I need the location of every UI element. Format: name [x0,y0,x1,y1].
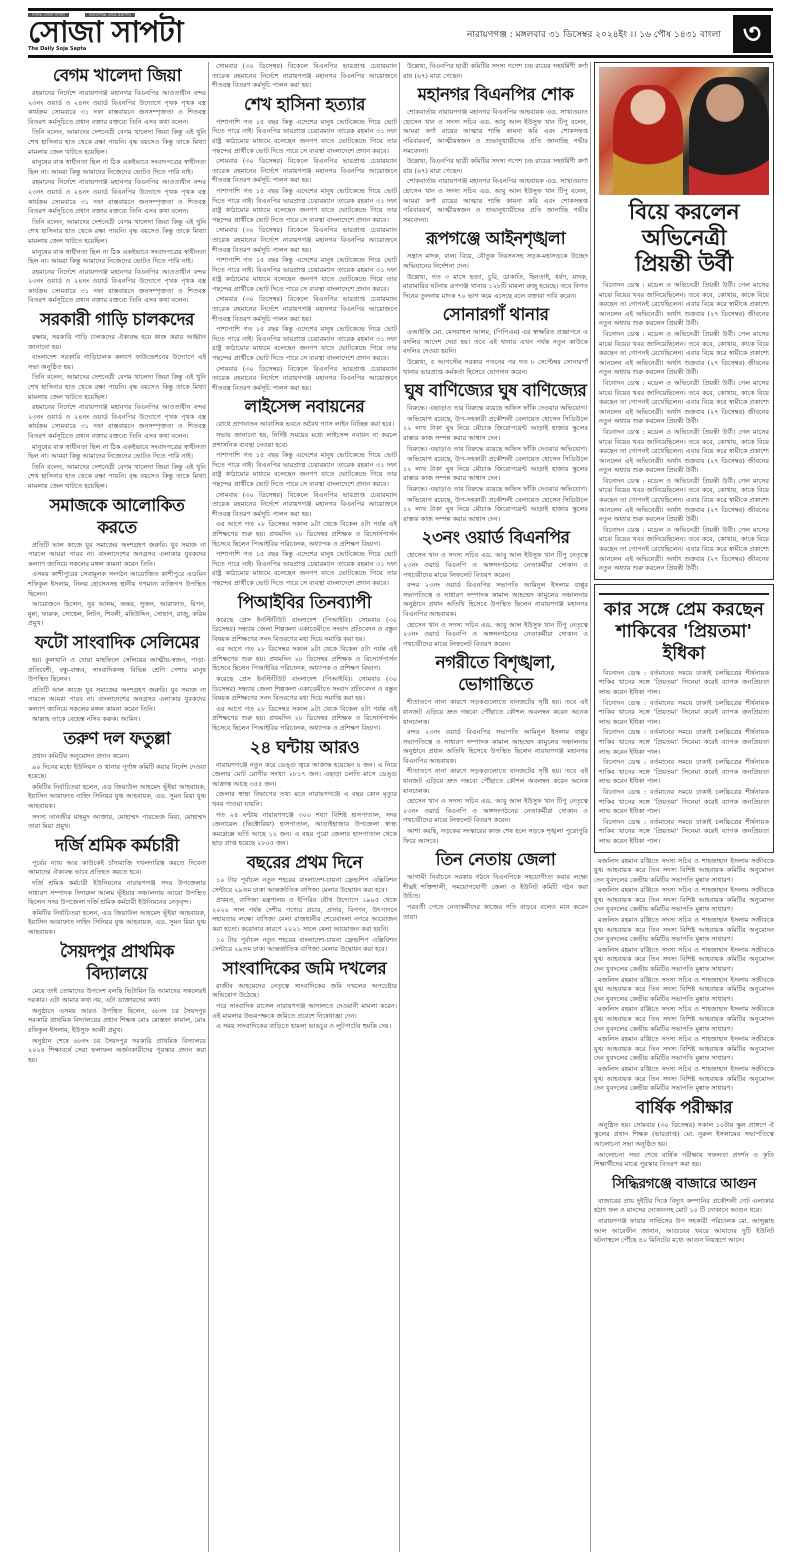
article-paragraph: আগামী নির্বাচনে সরকার গঠনে বিএনপিকে সহযো… [403,873,588,902]
article-paragraph: মজলিস রহমান রঞ্জিতে সদস্য সচিব ও শাহজাহা… [594,1035,774,1064]
article-paragraph: এ সময় সাংবাদিকের বাড়িতে হামলা ভাঙচুর ও… [212,1022,397,1032]
article-paragraph: সোমবার (৩০ ডিসেম্বর) বিকেলে বিএনপির ভারপ… [212,365,397,394]
article: সাংবাদিকের জমি দখলের রাজীব আহমেদের নেতৃত… [212,958,397,1032]
article-headline: ফটো সাংবাদিক সেলিমের [28,632,206,654]
article-paragraph: উল্লেখ্য, ৫ আগস্টের সরকার পতনের পর গত ৮ … [403,358,588,377]
logo-bangla: সোজা সাপটা [28,18,183,48]
article-headline: সিদ্ধিরগঞ্জে বাজারে আগুন [594,1173,774,1195]
article-paragraph: জেলার স্বাস্থ্য বিভাগের তথ্য মতে নারায়ণ… [212,790,397,809]
article: বার্ষিক পরীক্ষার অনুষ্ঠিত হয়। সোমবার (৩… [594,1097,774,1170]
article: মহানগর বিএনপির শোক শোকবার্তায় নারায়ণগঞ… [403,84,588,225]
article-paragraph: রহমানের নির্দেশে নারায়ণগঞ্জ মহানগর বিএন… [28,178,206,216]
article-paragraph: সোমবার (৩০ ডিসেম্বর) বিকেলে বিএনপির ভারপ… [212,62,397,91]
article-headline: বেগম খালেদা জিয়া [28,65,206,87]
article-paragraph: রহমানের নির্দেশে নারায়ণগঞ্জ মহানগর বিএন… [28,268,206,306]
article-paragraph: আল্লাহ তাকে বেহেস্ত নসিব করুক। আমিন। [28,715,206,725]
article-paragraph: অনুষ্ঠানে এসময় আরও উপস্থিত ছিলেন, ৬৮নং … [28,1007,206,1036]
column-divider [399,62,400,1552]
article-paragraph: রাজীব আহমেদের নেতৃত্বে সাংবাদিকের জমি দখ… [212,982,397,1001]
article-paragraph: এআইজি মো. মেসবাহুল আলম, (পিপিএম) এর স্বা… [403,328,588,357]
article-paragraph: নারায়ণগঞ্জে নতুন করে ডেঙ্গু জ্বরে আক্রা… [212,761,397,790]
article-paragraph: মেয়ে তাই তোমাদের উপদেশ বলছি ভিটামিন ডি … [28,987,206,1006]
article-paragraph: মানুষের বাক স্বাধীনতা ছিল না ঠিক একইভাবে… [28,443,206,462]
article: বেগম খালেদা জিয়া রহমানের নির্দেশে নারায… [28,65,206,306]
article-paragraph: বিনোদন ডেস্ক : মডেল ও অভিনেত্রী প্রিয়ন্… [599,330,769,378]
column-4: বিয়ে করলেন অভিনেত্রী প্রিয়ন্তী উর্বী ব… [594,62,774,1552]
article-headline: সাংবাদিকের জমি দখলের [212,958,397,980]
newspaper-logo: দৈনিক সোজা সাপটা নারায়ণগঞ্জ থেকে প্রকাশ… [28,13,183,52]
feature-headline-line2: প্রিয়ন্তী উর্বী [599,251,769,277]
article: রূপগঞ্জে আইনশৃঙ্খলা সন্ত্রাস মাদক, বাল্য… [403,228,588,301]
article-paragraph: তিনি বলেন, আমাদের দেশনেত্রী বেগম খালেদা … [28,128,206,157]
article: শেখ হাসিনা হত্যার পাশাপাশি গত ১৫ বছর কিন… [212,94,397,394]
feature-headline-line1: বিয়ে করলেন অভিনেত্রী [599,199,769,251]
article-paragraph: এর আগে গত ২৮ ডিসেম্বর সকাল ৯টা থেকে বিকে… [212,645,397,674]
article: সোনারগাঁ থানার এআইজি মো. মেসবাহুল আলম, (… [403,304,588,377]
article-paragraph: বিনোদন ডেস্ক : বর্তমানের সময়ে ঢাকাই চলচ… [599,788,769,817]
article-paragraph: রোধে প্রাণঘাতন আবাসিক ভবনে অবৈধ গ্যাস লা… [212,420,397,430]
article-paragraph: অনুষ্ঠিত হয়। সোমবার (৩০ ডিসেম্বর) সকাল … [594,1121,774,1150]
article: নগরীতে বিশৃঙ্খলা, ভোগান্তিতে শীতাতপে নান… [403,652,588,846]
article-headline: তিন নেতায় জেলা [403,849,588,871]
article-paragraph: মজলিস রহমান রঞ্জিতে সদস্য সচিব ও শাহজাহা… [594,1065,774,1094]
article-paragraph: বিরুদ্ধে। এছাড়াও তার বিরুদ্ধে রয়েছে অফ… [403,485,588,495]
article-paragraph: তিনি বলেন, আমাদের দেশনেত্রী বেগম খালেদা … [28,218,206,247]
groom-figure [689,77,769,195]
article-paragraph: উল্লেখ্য, বিএনপির ছাত্রী কমিটির সদস্য গণ… [403,62,588,81]
bride-figure [613,85,683,195]
article-headline: মহানগর বিএনপির শোক [403,84,588,106]
article-paragraph: ১০ টার পূর্বাচল নতুন শহরের বাংলাদেশ-চায়… [212,876,397,895]
article-paragraph: উল্লেখ্য, বিএনপির ছাত্রী কমিটির সদস্য গণ… [403,157,588,176]
article-paragraph: হোসেন খান ও সদস্য সচিব এড. আবু আল ইউসুফ … [403,551,588,580]
article-paragraph: মানুষের বাক স্বাধীনতা ছিল না ঠিক একইভাবে… [28,158,206,177]
article-paragraph: পাশাপাশি গত ১৫ বছর কিন্তু এদেশের মানুষ ভ… [212,118,397,156]
article-paragraph: সন্ত্রাস মাদক, বাল্য বিয়ে, যৌতুক নিরসনস… [403,252,588,271]
article-headline: লাইসেন্স নবায়নের [212,396,397,418]
column-divider [590,62,591,1552]
article-headline: ২৪ ঘন্টায় আরও [212,737,397,759]
article-paragraph: কমিটির নির্বাচিতরা হলেন, এড জিয়াউল আহমে… [28,783,206,812]
article-paragraph: অভিযোগ রয়েছে, উপ-সহকারী প্রকৌশলী বেলায়… [403,455,588,484]
article-paragraph: বিনোদন ডেস্ক : বর্তমানের সময়ে ঢাকাই চলচ… [599,699,769,728]
article-paragraph: মজলিস রহমান রঞ্জিতে সদস্য সচিব ও শাহজাহা… [594,886,774,915]
article-paragraph: মজলিস রহমান রঞ্জিতে সদস্য সচিব ও শাহজাহা… [594,976,774,1005]
article-paragraph: শোকবার্তায় নারায়ণগঞ্জ মহানগর বিএনপির আ… [403,177,588,225]
page-number: ৩ [733,15,771,53]
article-paragraph: বিনোদন ডেস্ক : মডেল ও অভিনেত্রী প্রিয়ন্… [599,428,769,476]
article-paragraph: সোমবার (৩০ ডিসেম্বর) বিকেলে বিএনপির ভারপ… [212,295,397,324]
article-paragraph: অভিযোগ রয়েছে, উপ-সহকারী প্রকৌশলী বেলায়… [403,415,588,444]
article-headline: শেখ হাসিনা হত্যার [212,94,397,116]
article-paragraph: মজলিস রহমান রঞ্জিতে সদস্য সচিব ও শাহজাহা… [594,857,774,886]
article-paragraph: শীতাতপে নানা কারণে সড়কগুলোতে যানজটের সৃ… [403,767,588,796]
article-paragraph: পরে সাংবাদিক রাসেল নারায়ণগঞ্জ আদালতে দে… [212,1002,397,1021]
article-paragraph: পাশাপাশি গত ১৫ বছর কিন্তু এদেশের মানুষ ভ… [212,451,397,489]
article-paragraph: সভায় জানানো হয়, নির্দিষ্ট সময়ের মধ্যে… [212,431,397,450]
article-paragraph: হয়। কুলখানি ও দোয়া মাহফিলে সেলিমের আত্… [28,656,206,685]
article-headline: সরকারী গাড়ি চালকদের [28,309,206,331]
masthead: দৈনিক সোজা সাপটা নারায়ণগঞ্জ থেকে প্রকাশ… [28,8,773,58]
article-paragraph: প্রধান কমিটির অনুমোদন প্রদান করেন। [28,752,206,762]
article-paragraph: বন্দর ২৩নং ওয়ার্ড বিএনপির সভাপতি আমিনুল… [403,728,588,766]
article-paragraph: শীতাতপে নানা কারণে সড়কগুলোতে যানজটের সৃ… [403,698,588,727]
wedding-photo [599,67,769,195]
feature-headline: বিয়ে করলেন অভিনেত্রী প্রিয়ন্তী উর্বী [599,199,769,277]
article-headline: কার সঙ্গে প্রেম করছেন শাকিবের 'প্রিয়তমা… [599,593,769,665]
article-paragraph: বিরুদ্ধে। এছাড়াও তার বিরুদ্ধে রয়েছে অফ… [403,404,588,414]
article-paragraph: ৯০ দিনের মধ্যে ইউনিয়ন ও থানার পূর্ণাঙ্গ… [28,763,206,782]
article-paragraph: আশা করছি, সড়কের সংস্কারের কাজ শেষ হলে স… [403,827,588,846]
article-paragraph: আলোচনা সভা শেষে বার্ষিক পরীক্ষায় সফলতা … [594,1151,774,1170]
article-paragraph: পাশাপাশি গত ১৫ বছর কিন্তু এদেশের মানুষ ভ… [212,187,397,225]
article-paragraph: এর আগে গত ২৮ ডিসেম্বর সকাল ৯টা থেকে বিকে… [212,705,397,734]
column-2: সোমবার (৩০ ডিসেম্বর) বিকেলে বিএনপির ভারপ… [212,62,397,1552]
article: পিআইবির তিনব্যাপী করেছে প্রেস ইনস্টিটিউট… [212,592,397,734]
article-paragraph: সোমবার (৩০ ডিসেম্বর) বিকেলে বিএনপির ভারপ… [212,226,397,255]
dateline: নারায়ণগঞ্জ : মঙ্গলবার ৩১ ডিসেম্বর ২০২৪ই… [467,27,721,42]
article: তিন নেতায় জেলা আগামী নির্বাচনে সরকার গঠ… [403,849,588,922]
article-paragraph: প্রতিটি ভাল কাজে যুব সমাজের অংশগ্রহণ জরু… [28,686,206,715]
article-paragraph: বাজারের প্রায় দুইটির দিকে বিদ্যুৎ কম্পা… [594,1197,774,1216]
article-paragraph: আয়োজনে ছিলেন, নুর আলম, অন্তর, সুজন, আরা… [28,600,206,629]
article-paragraph: করেছে প্রেস ইনস্টিটিউট বাংলাদেশ (পিআইবি)… [212,616,397,645]
article: ফটো সাংবাদিক সেলিমের হয়। কুলখানি ও দোয়… [28,632,206,725]
article-paragraph: পূর্বের ন্যায় আর কাউকেই চাঁদাবাজি দখলদা… [28,859,206,878]
article-paragraph: গত ২৪ ঘন্টায় নারায়ণগঞ্জে ৩০০ শয্যা বিশ… [212,811,397,849]
article-paragraph: বিনোদন ডেস্ক : মডেল ও অভিনেত্রী প্রিয়ন্… [599,379,769,427]
article: সরকারী গাড়ি চালকদের রক্ষায়, সরকারি গাড… [28,309,206,492]
article-paragraph: প্রতিটি ভাল কাজে যুব সমাজের অংশগ্রহণ জরু… [28,541,206,570]
article-paragraph: বিনোদন ডেস্ক : মডেল ও অভিনেত্রী প্রিয়ন্… [599,281,769,329]
article-paragraph: মজলিস রহমান রঞ্জিতে সদস্য সচিব ও শাহজাহা… [594,946,774,975]
article-paragraph: উল্লেখ্য, গত ৩ মাসে হত্যা, চুরি, ডাকাতি,… [403,273,588,302]
article-paragraph: অনুষ্ঠান শেষে ৬৮নং চর সৈয়দপুর সরকারি প্… [28,1037,206,1066]
article-paragraph: কমিটির নির্বাচিতরা হলেন, এড জিয়াউল আহমে… [28,909,206,938]
article-paragraph: মানুষের বাক স্বাধীনতা ছিল না ঠিক একইভাবে… [28,248,206,267]
article-headline: ২৩নং ওয়ার্ড বিএনপির [403,527,588,549]
article-headline: সমাজকে আলোকিত করতে [28,495,206,539]
column-1: বেগম খালেদা জিয়া রহমানের নির্দেশে নারায… [28,62,206,1552]
article-paragraph: রহমানের নির্দেশে নারায়ণগঞ্জ মহানগর বিএন… [28,89,206,127]
article-paragraph: বাংলাদেশ সরকারি গাড়িচালক কল্যাণ ফাউন্ডে… [28,353,206,372]
article-paragraph: সদস্য তানজীর মাহমুদ আক্তার, মোহাম্মদ পার… [28,813,206,832]
article-paragraph: বিনোদন ডেস্ক : বর্তমানের সময়ে ঢাকাই চলচ… [599,669,769,698]
article-headline: তরুণ দল ফতুল্লা [28,728,206,750]
article-paragraph: পাশাপাশি গত ১৫ বছর কিন্তু এদেশের মানুষ ভ… [212,325,397,363]
article: সমাজকে আলোকিত করতে প্রতিটি ভাল কাজে যুব … [28,495,206,629]
article-paragraph: পরবর্তী পেতে নেতাকর্মীদের কাজের গতি বাড়… [403,903,588,922]
article: সৈয়দপুর প্রাথমিক বিদ্যালয়ে মেয়ে তাই ত… [28,941,206,1066]
article-paragraph: রক্ষায়, সরকারি গাড়ি চালকদের ঐক্যবদ্ধ হ… [28,333,206,352]
article: কার সঙ্গে প্রেম করছেন শাকিবের 'প্রিয়তমা… [594,584,774,853]
article-paragraph: রহমানের নির্দেশে নারায়ণগঞ্জ মহানগর বিএন… [28,403,206,441]
article-paragraph: বিরুদ্ধে। এছাড়াও তার বিরুদ্ধে রয়েছে অফ… [403,445,588,455]
article-headline: সৈয়দপুর প্রাথমিক বিদ্যালয়ে [28,941,206,985]
article: দর্জি শ্রমিক কর্মচারী পূর্বের ন্যায় আর … [28,835,206,938]
article-headline: পিআইবির তিনব্যাপী [212,592,397,614]
feature-box: বিয়ে করলেন অভিনেত্রী প্রিয়ন্তী উর্বী ব… [594,62,774,580]
article-paragraph: প্রথমত, বাণিজ্য মন্ত্রণালয় ও ইপিবির যৌথ… [212,896,397,934]
article-paragraph: বিনোদন ডেস্ক : মডেল ও অভিনেত্রী প্রিয়ন্… [599,477,769,525]
article-paragraph: বিনোদন ডেস্ক : মডেল ও অভিনেত্রী প্রিয়ন্… [599,526,769,574]
article-paragraph: নারায়ণগঞ্জ ফায়ার সার্ভিসের উপ সহকারী প… [594,1217,774,1246]
article-paragraph: সোমবার (৩০ ডিসেম্বর) বিকেলে বিএনপির ভারপ… [212,491,397,520]
article-paragraph: বন্দর ২৩নং ওয়ার্ড বিএনপির সভাপতি আমিনুল… [403,581,588,619]
article: ২৩নং ওয়ার্ড বিএনপির হোসেন খান ও সদস্য স… [403,527,588,649]
article-headline: দর্জি শ্রমিক কর্মচারী [28,835,206,857]
article-paragraph: বিনোদন ডেস্ক : বর্তমানের সময়ে ঢাকাই চলচ… [599,818,769,847]
article-paragraph: এর আগে গত ২৮ ডিসেম্বর সকাল ৯টা থেকে বিকে… [212,520,397,549]
article-headline: সোনারগাঁ থানার [403,304,588,326]
article-paragraph: বিনোদন ডেস্ক : বর্তমানের সময়ে ঢাকাই চলচ… [599,728,769,757]
article-paragraph: দর্জি শ্রমিক কর্মচারী ইউনিয়নের নারায়ণগ… [28,879,206,908]
article: ঘুষ বাণিজ্যের ঘুষ বাণিজ্যের বিরুদ্ধে। এছ… [403,380,588,524]
article-paragraph: মজলিস রহমান রঞ্জিতে সদস্য সচিব ও শাহজাহা… [594,1005,774,1034]
article-paragraph: মজলিস রহমান রঞ্জিতে সদস্য সচিব ও শাহজাহা… [594,916,774,945]
article-paragraph: শোকবার্তায় নারায়ণগঞ্জ মহানগর বিএনপির আ… [403,108,588,156]
article: লাইসেন্স নবায়নের রোধে প্রাণঘাতন আবাসিক … [212,396,397,588]
article-paragraph: বিনোদন ডেস্ক : বর্তমানের সময়ে ঢাকাই চলচ… [599,758,769,787]
article: ২৪ ঘন্টায় আরও নারায়ণগঞ্জে নতুন করে ডেঙ… [212,737,397,849]
article-paragraph: পাশাপাশি গত ১৫ বছর কিন্তু এদেশের মানুষ ভ… [212,256,397,294]
article-headline: নগরীতে বিশৃঙ্খলা, ভোগান্তিতে [403,652,588,696]
article: সিদ্ধিরগঞ্জে বাজারে আগুন বাজারের প্রায় … [594,1173,774,1246]
column-3: উল্লেখ্য, বিএনপির ছাত্রী কমিটির সদস্য গণ… [403,62,588,1552]
column-divider [208,62,209,1552]
article-headline: ঘুষ বাণিজ্যের ঘুষ বাণিজ্যের [403,380,588,402]
article: তরুণ দল ফতুল্লা প্রধান কমিটির অনুমোদন প্… [28,728,206,832]
article-paragraph: তিনি বলেন, আমাদের দেশনেত্রী বেগম খালেদা … [28,373,206,402]
article-paragraph: তিনি বলেন, আমাদের দেশনেত্রী বেগম খালেদা … [28,463,206,492]
article-headline: বার্ষিক পরীক্ষার [594,1097,774,1119]
article-paragraph: করেছে প্রেস ইনস্টিটিউট বাংলাদেশ (পিআইবি)… [212,675,397,704]
article-paragraph: অভিযোগ রয়েছে, উপ-সহকারী প্রকৌশলী বেলায়… [403,496,588,525]
article: বছরের প্রথম দিনে ১০ টার পূর্বাচল নতুন শহ… [212,852,397,955]
article-paragraph: পাশাপাশি গত ১৫ বছর কিন্তু এদেশের মানুষ ভ… [212,550,397,588]
article-paragraph: সোমবার (৩০ ডিসেম্বর) বিকেলে বিএনপির ভারপ… [212,157,397,186]
article-paragraph: হোসেন খান ও সদস্য সচিব এড. আবু আল ইউসুফ … [403,621,588,650]
article-paragraph: এসময় কাশীপুরের সেবামূলক সংগঠন আয়োজিত ক… [28,570,206,599]
article-paragraph: ১০ টার পূর্বাচল নতুন শহরের বাংলাদেশ-চায়… [212,936,397,955]
article-paragraph: হোসেন খান ও সদস্য সচিব এড. আবু আল ইউসুফ … [403,797,588,826]
article-headline: রূপগঞ্জে আইনশৃঙ্খলা [403,228,588,250]
article-headline: বছরের প্রথম দিনে [212,852,397,874]
